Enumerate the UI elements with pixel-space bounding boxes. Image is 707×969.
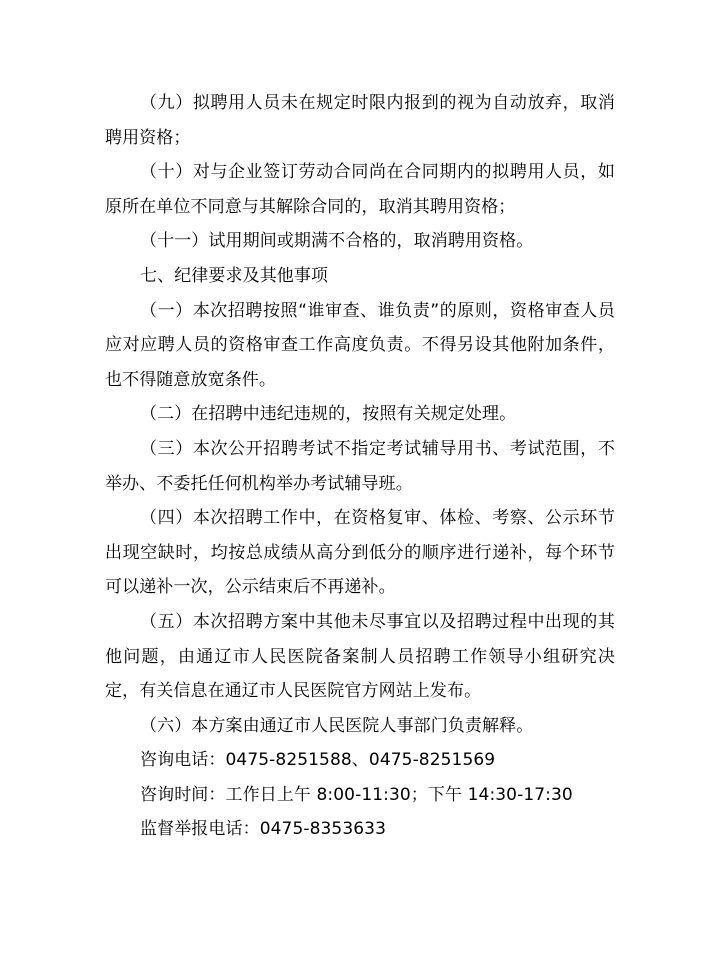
paragraph-rule-3: （三）本次公开招聘考试不指定考试辅导用书、考试范围，不举办、不委托任何机构举办考… [105,432,615,501]
consultation-hours: 咨询时间：工作日上午 8:00-11:30；下午 14:30-17:30 [105,778,615,813]
paragraph-rule-1: （一）本次招聘按照“谁审查、谁负责”的原则，资格审查人员应对应聘人员的资格审查工… [105,294,615,398]
paragraph-rule-5: （五）本次招聘方案中其他未尽事宜以及招聘过程中出现的其他问题，由通辽市人民医院备… [105,605,615,709]
paragraph-item-10: （十）对与企业签订劳动合同尚在合同期内的拟聘用人员，如原所在单位不同意与其解除合… [105,155,615,224]
supervision-report-phone: 监督举报电话：0475-8353633 [105,812,615,847]
paragraph-item-9: （九）拟聘用人员未在规定时限内报到的视为自动放弃，取消聘用资格； [105,86,615,155]
paragraph-rule-2: （二）在招聘中违纪违规的，按照有关规定处理。 [105,397,615,432]
consultation-phone: 咨询电话：0475-8251588、0475-8251569 [105,743,615,778]
paragraph-item-11: （十一）试用期间或期满不合格的，取消聘用资格。 [105,224,615,259]
paragraph-rule-4: （四）本次招聘工作中，在资格复审、体检、考察、公示环节出现空缺时，均按总成绩从高… [105,501,615,605]
document-body: （九）拟聘用人员未在规定时限内报到的视为自动放弃，取消聘用资格； （十）对与企业… [105,86,615,847]
document-page: （九）拟聘用人员未在规定时限内报到的视为自动放弃，取消聘用资格； （十）对与企业… [0,0,707,969]
paragraph-rule-6: （六）本方案由通辽市人民医院人事部门负责解释。 [105,709,615,744]
section-heading-discipline: 七、纪律要求及其他事项 [105,259,615,294]
